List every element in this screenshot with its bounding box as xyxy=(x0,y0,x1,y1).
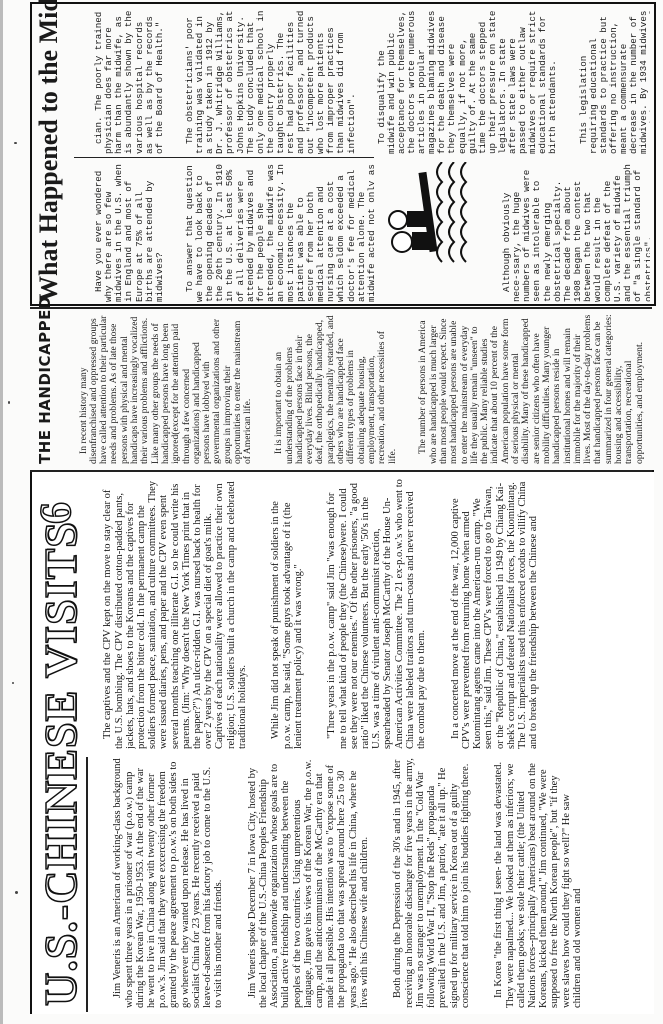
scan-speck xyxy=(12,682,14,684)
page-divider xyxy=(30,470,652,472)
handicapped-paragraph: In recent history many disenfranchised a… xyxy=(79,314,254,464)
scan-edge xyxy=(0,0,3,1024)
china-paragraph: While Jim did not speak of punishment of… xyxy=(270,479,304,749)
scan-speck xyxy=(14,142,17,144)
page-number: 6 xyxy=(30,502,81,524)
newspaper-page: U.S.-CHINESE VISITS 6 Jim Veneris is an … xyxy=(0,0,663,1024)
china-paragraph: Jim Veneris spoke December 7 in Iowa Cit… xyxy=(247,758,370,1008)
china-paragraph: In a concerted move at the end of the wa… xyxy=(450,479,540,749)
china-column-2: The captives and the CPV kept on the mov… xyxy=(80,479,650,749)
handicapped-column: In recent history many disenfranchised a… xyxy=(58,314,650,464)
china-paragraph: The captives and the CPV kept on the mov… xyxy=(102,479,248,749)
china-title-rule xyxy=(86,757,88,1012)
handicapped-title: THE HANDICAPPED xyxy=(36,296,54,464)
handicapped-paragraph: The number of persons in America who are… xyxy=(418,314,645,464)
midwives-frame xyxy=(30,2,656,306)
china-column-1: Jim Veneris is an American of working-cl… xyxy=(90,758,650,1008)
scan-speck xyxy=(8,401,10,404)
china-paragraph: In Korea "the first thing I seen- the la… xyxy=(493,758,583,1008)
china-paragraph: "Three years in the p.o.w. camp" said Ji… xyxy=(326,479,427,749)
section-divider xyxy=(30,307,652,309)
handicapped-paragraph: It is important to obtain an understandi… xyxy=(274,314,398,464)
china-paragraph: Both during the Depression of the 30's a… xyxy=(392,758,470,1008)
china-paragraph: Jim Veneris is an American of working-cl… xyxy=(112,758,224,1008)
scan-speck xyxy=(15,891,18,894)
